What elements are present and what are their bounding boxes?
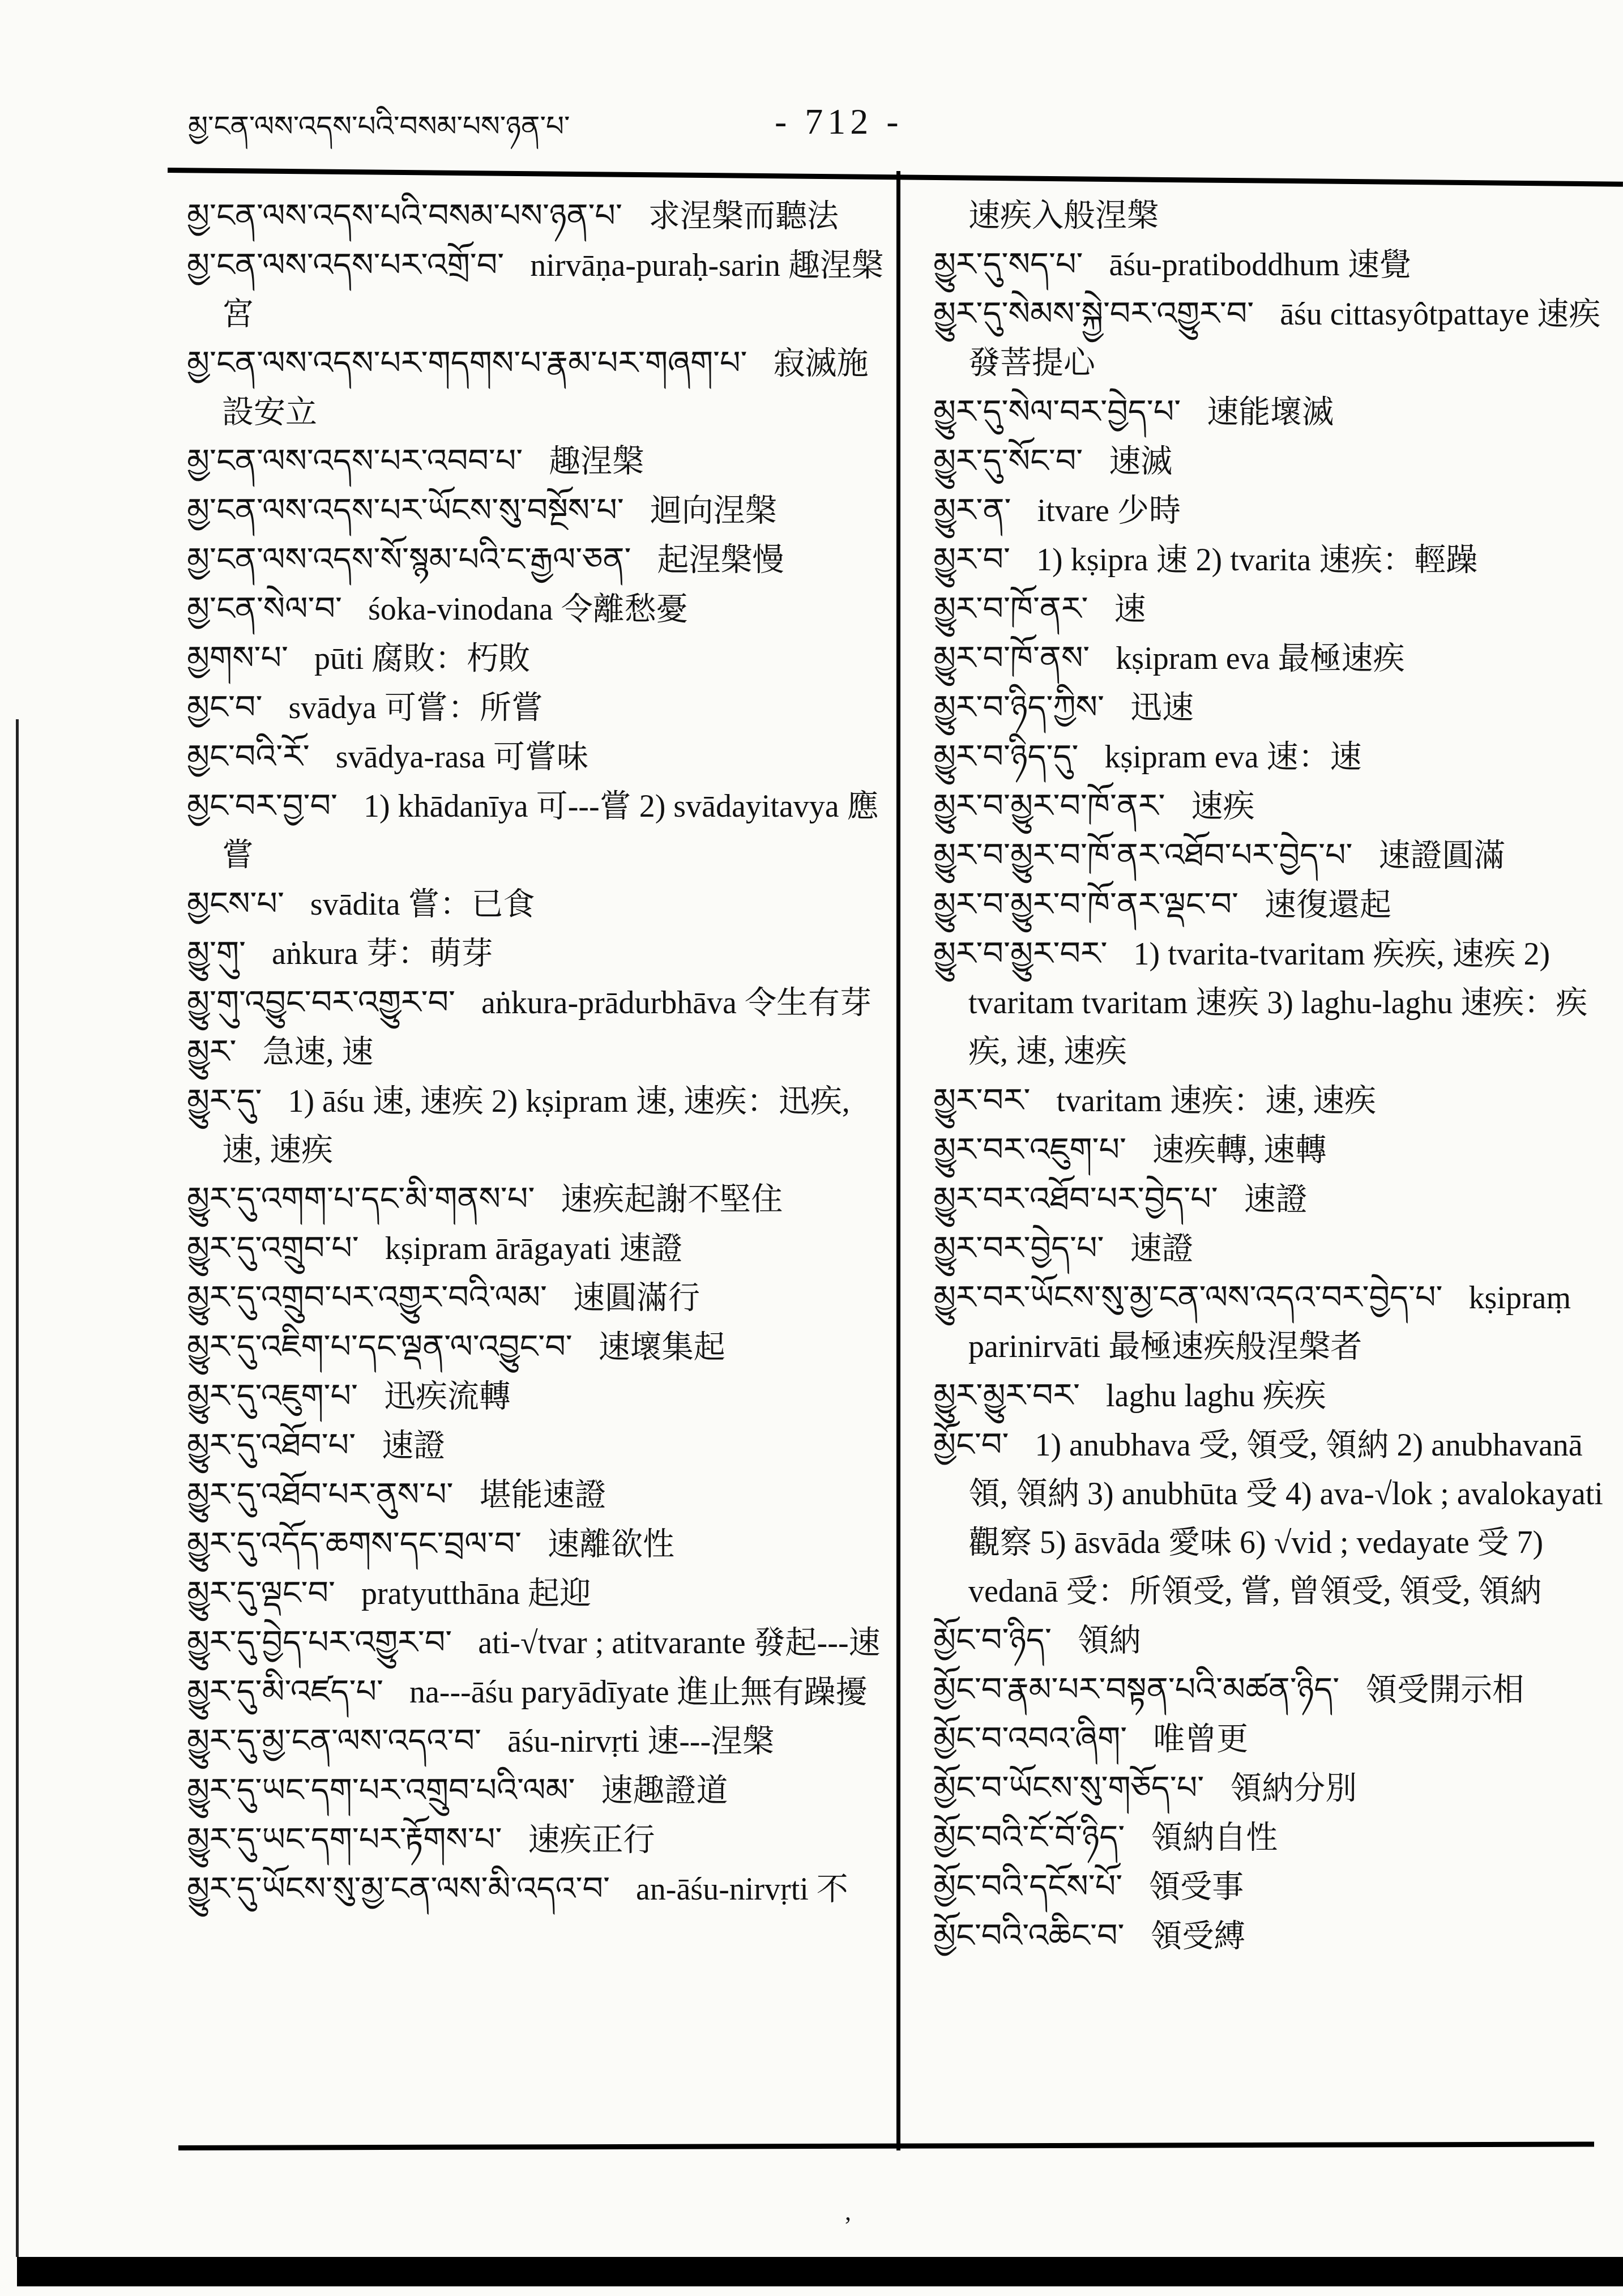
entry-gloss: āśu-pratiboddhum 速覺 xyxy=(1109,247,1411,283)
dictionary-entry: མྱོང་བ་ཡོངས་སུ་གཅོད་པ་領納分別 xyxy=(933,1764,1613,1813)
entry-gloss: 速證 xyxy=(382,1428,445,1463)
tibetan-headword: མྱངས་པ་ xyxy=(187,885,284,923)
tibetan-headword: མྱོང་བ་ཡོངས་སུ་གཅོད་པ་ xyxy=(933,1769,1204,1807)
column-divider xyxy=(896,171,900,2150)
right-column: 速疾入般涅槃མྱུར་དུ་སད་པ་āśu-pratiboddhum 速覺མྱ… xyxy=(933,191,1613,1961)
tibetan-headword: མྱུར་ན་ xyxy=(933,492,1011,529)
tibetan-headword: མྱུར་དུ་ལྡང་བ་ xyxy=(187,1574,335,1612)
tibetan-headword: མྱུར་བར་ཡོངས་སུ་མྱ་ངན་ལས་འདའ་བར་བྱེད་པ་ xyxy=(933,1279,1443,1316)
footer-rule xyxy=(178,2141,1594,2150)
running-head-tibetan: མྱ་ངན་ལས་འདས་པའི་བསམ་པས་ཉན་པ་ xyxy=(188,95,570,157)
dictionary-entry: མྱང་བ་svādya 可嘗：所嘗 xyxy=(187,683,888,732)
tibetan-headword: མྱ་ངན་ལས་འདས་པར་འབབ་པ་ xyxy=(187,442,523,480)
dictionary-entry: མྱངས་པ་svādita 嘗：已食 xyxy=(187,880,888,929)
dictionary-entry: མྱུ་གུ་aṅkura 芽：萌芽 xyxy=(187,929,888,978)
tibetan-headword: མྱུར་དུ་འགག་པ་དང་མི་གནས་པ་ xyxy=(187,1180,535,1218)
tibetan-headword: མྱགས་པ་ xyxy=(187,639,288,677)
tibetan-headword: མྱུ་གུ་འབྱུང་བར་འགྱུར་བ་ xyxy=(187,984,455,1021)
entry-gloss: 領納 xyxy=(1078,1623,1141,1658)
entry-gloss: 速滅 xyxy=(1109,444,1172,479)
entry-gloss: 速疾正行 xyxy=(528,1823,655,1858)
entry-gloss: 速趣證道 xyxy=(601,1773,728,1808)
entry-gloss: svādya-rasa 可嘗味 xyxy=(336,740,588,775)
tibetan-headword: མྱུར་དུ་སད་པ་ xyxy=(933,246,1083,283)
dictionary-entry: མྱུར་དུ་འགྲུབ་པ་kṣipram ārāgayati 速證 xyxy=(187,1224,888,1273)
tibetan-headword: མྱུར་དུ་འགྲུབ་པར་འགྱུར་བའི་ལམ་ xyxy=(187,1279,547,1316)
tibetan-headword: མྱུར་དུ་འགྲུབ་པ་ xyxy=(187,1230,359,1267)
dictionary-entry: མྱོང་བ་1) anubhava 受, 領受, 領納 2) anubhava… xyxy=(933,1420,1613,1616)
tibetan-headword: མྱུར་དུ་སེམས་སྐྱེ་བར་འགྱུར་བ་ xyxy=(933,295,1254,332)
entry-gloss: 迅疾流轉 xyxy=(384,1379,511,1414)
dictionary-entry: མྱུར་བ་མྱུར་བ་ཁོ་ནར་ལྡང་བ་速復還起 xyxy=(933,880,1613,929)
tibetan-headword: མྱུར་བ་མྱུར་བར་ xyxy=(933,935,1108,972)
entry-gloss: svādya 可嘗：所嘗 xyxy=(288,690,543,725)
tibetan-headword: མྱུར་བ་ཉིད་ཀྱིས་ xyxy=(933,689,1104,726)
dictionary-entry: མྱགས་པ་pūti 腐敗：朽敗 xyxy=(187,634,888,683)
tibetan-headword: མྱོང་བ་འབའ་ཞིག་ xyxy=(933,1720,1127,1757)
tibetan-headword: མྱུར་དུ་ཡང་དག་པར་རྟོགས་པ་ xyxy=(187,1821,502,1858)
entry-gloss: an-āśu-nirvṛti 不 xyxy=(636,1872,848,1907)
entry-gloss: 速疾入般涅槃 xyxy=(968,198,1159,233)
entry-gloss: 唯曾更 xyxy=(1153,1722,1248,1757)
dictionary-entry: མྱུར་དུ་སད་པ་āśu-pratiboddhum 速覺 xyxy=(933,240,1613,289)
tibetan-headword: མྱོང་བ་རྣམ་པར་བསྟན་པའི་མཚན་ཉིད་ xyxy=(933,1671,1339,1708)
tibetan-headword: མྱུར་བ་ xyxy=(933,541,1010,578)
dictionary-entry: མྱུར་དུ་1) āśu 速, 速疾 2) kṣipram 速, 速疾：迅疾… xyxy=(187,1077,888,1175)
tibetan-headword: མྱུར་བ་ཁོ་ནར་ xyxy=(933,590,1088,628)
tibetan-headword: མྱུར་དུ་ཡོངས་སུ་མྱ་ངན་ལས་མི་འདའ་བ་ xyxy=(187,1870,610,1907)
tibetan-headword: མྱུར་དུ་སེལ་བར་བྱེད་པ་ xyxy=(933,393,1181,430)
tibetan-headword: མྱུར་དུ་འཐོབ་པ་ xyxy=(187,1427,356,1464)
page-number: - 712 - xyxy=(775,101,903,143)
tibetan-headword: མྱུར་དུ་འདོད་ཆགས་དང་བྲལ་བ་ xyxy=(187,1525,522,1563)
dictionary-entry: མྱུར་བ་ཉིད་དུ་kṣipram eva 速：速 xyxy=(933,732,1613,782)
tibetan-headword: མྱོང་བའི་དངོས་པོ་ xyxy=(933,1868,1122,1905)
dictionary-entry: མྱུར་བ་མྱུར་བར་1) tvarita-tvaritam 疾疾, 速… xyxy=(933,929,1613,1076)
dictionary-entry: མྱུར་དུ་མི་འཛད་པ་na---āśu paryādīyate 進止… xyxy=(187,1667,888,1717)
entry-gloss: śoka-vinodana 令離愁憂 xyxy=(368,592,688,627)
entry-gloss: 領納分別 xyxy=(1230,1771,1357,1806)
dictionary-entry: མྱོང་བ་རྣམ་པར་བསྟན་པའི་མཚན་ཉིད་領受開示相 xyxy=(933,1665,1613,1714)
dictionary-entry: མྱུར་དུ་འགག་པ་དང་མི་གནས་པ་速疾起謝不堅住 xyxy=(187,1175,888,1224)
tibetan-headword: མྱ་ངན་ལས་འདས་པར་འགྲོ་བ་ xyxy=(187,246,504,284)
tibetan-headword: མྱུར་དུ་མྱ་ངན་ལས་འདའ་བ་ xyxy=(187,1722,481,1760)
entry-gloss: āśu-nirvṛti 速---涅槃 xyxy=(507,1724,774,1759)
dictionary-entry: མྱུར་བ་མྱུར་བ་ཁོ་ནར་速疾 xyxy=(933,782,1613,831)
tibetan-headword: མྱུར་བ་མྱུར་བ་ཁོ་ནར་ལྡང་བ་ xyxy=(933,886,1238,923)
tibetan-headword: མྱ་ངན་སེལ་བ་ xyxy=(187,590,342,628)
entry-gloss: 速疾轉, 速轉 xyxy=(1152,1133,1327,1168)
entry-gloss: aṅkura-prādurbhāva 令生有芽 xyxy=(481,985,872,1021)
tibetan-headword: མྱུར་བར་འཐོབ་པར་བྱེད་པ་ xyxy=(933,1180,1218,1218)
entry-gloss: 速 xyxy=(1114,592,1146,627)
tibetan-headword: མྱང་བའི་རོ་ xyxy=(187,738,310,775)
tibetan-headword: མྱང་བར་བྱ་བ་ xyxy=(187,787,338,825)
dictionary-entry: མྱོང་བའི་ངོ་བོ་ཉིད་領納自性 xyxy=(933,1813,1613,1862)
dictionary-entry: མྱོང་བ་ཉིད་領納 xyxy=(933,1616,1613,1665)
tibetan-headword: མྱོང་བའི་ངོ་བོ་ཉིད་ xyxy=(933,1819,1125,1856)
entry-gloss: 1) kṣipra 速 2) tvarita 速疾：輕躁 xyxy=(1036,543,1477,578)
header-rule xyxy=(168,168,1623,187)
entry-gloss: ati-√tvar ; atitvarante 發起---速 xyxy=(478,1625,880,1661)
tibetan-headword: མྱུར་བར་ xyxy=(933,1082,1031,1119)
dictionary-entry: མྱ་ངན་ལས་འདས་པར་འབབ་པ་趣涅槃 xyxy=(187,437,888,486)
tibetan-headword: མྱུར་ xyxy=(187,1033,237,1070)
dictionary-entry: མྱུར་དུ་ཡང་དག་པར་རྟོགས་པ་速疾正行 xyxy=(187,1815,888,1864)
tibetan-headword: མྱུ་གུ་ xyxy=(187,934,246,972)
scan-edge-left xyxy=(16,719,19,2257)
tibetan-headword: མྱོང་བ་ཉིད་ xyxy=(933,1621,1052,1659)
dictionary-entry: མྱ་ངན་ལས་འདས་སོ་སྙམ་པའི་ང་རྒྱལ་ཅན་起涅槃慢 xyxy=(187,535,888,584)
tibetan-headword: མྱོང་བ་ xyxy=(933,1426,1009,1463)
tibetan-headword: མྱོང་བའི་འཆིང་བ་ xyxy=(933,1917,1124,1954)
scan-edge-bottom xyxy=(17,2257,1623,2286)
entry-gloss: 速圓滿行 xyxy=(573,1281,700,1316)
tibetan-headword: མྱུར་དུ་ xyxy=(187,1082,262,1120)
entry-gloss: aṅkura 芽：萌芽 xyxy=(272,936,493,971)
entry-gloss: 領受縛 xyxy=(1150,1919,1245,1954)
dictionary-entry: མྱུར་དུ་ཡང་དག་པར་འགྲུབ་པའི་ལམ་速趣證道 xyxy=(187,1766,888,1815)
dictionary-entry: མྱུར་དུ་འཐོབ་པ་速證 xyxy=(187,1421,888,1470)
entry-gloss: kṣipram eva 速：速 xyxy=(1104,740,1361,775)
entry-gloss: 求涅槃而聽法 xyxy=(648,199,839,234)
dictionary-entry: མྱུར་བར་བྱེད་པ་速證 xyxy=(933,1224,1613,1273)
dictionary-entry: མྱུར་དུ་བྱེད་པར་འགྱུར་བ་ati-√tvar ; atit… xyxy=(187,1618,888,1667)
entry-gloss: 趣涅槃 xyxy=(549,444,644,479)
entry-gloss: laghu laghu 疾疾 xyxy=(1106,1379,1326,1414)
entry-gloss: 速證 xyxy=(1244,1182,1308,1217)
dictionary-entry: མྱུར་དུ་ཡོངས་སུ་མྱ་ངན་ལས་མི་འདའ་བ་an-āśu… xyxy=(187,1864,888,1914)
tibetan-headword: མྱུར་དུ་བྱེད་པར་འགྱུར་བ་ xyxy=(187,1624,452,1661)
entry-gloss: pūti 腐敗：朽敗 xyxy=(314,641,530,676)
dictionary-entry: མྱུར་བ་ཁོ་ནར་速 xyxy=(933,584,1613,634)
entry-gloss: 速證圓滿 xyxy=(1379,838,1506,873)
entry-gloss: 迴向涅槃 xyxy=(650,493,777,528)
entry-gloss: 領受開示相 xyxy=(1365,1672,1524,1708)
dictionary-entry: མྱུར་དུ་སོང་བ་速滅 xyxy=(933,437,1613,486)
stray-mark: , xyxy=(845,2197,851,2226)
tibetan-headword: མྱུར་དུ་འཇུག་པ་ xyxy=(187,1377,358,1415)
dictionary-entry: མྱུར་急速, 速 xyxy=(187,1027,888,1077)
tibetan-headword: མྱུར་བར་འཇུག་པ་ xyxy=(933,1131,1126,1168)
dictionary-entry: མྱུར་དུ་འཇུག་པ་迅疾流轉 xyxy=(187,1372,888,1421)
dictionary-entry: མྱོང་བའི་འཆིང་བ་領受縛 xyxy=(933,1911,1613,1961)
entry-gloss: svādita 嘗：已食 xyxy=(310,887,535,922)
dictionary-entry: མྱུར་བ་ཉིད་ཀྱིས་迅速 xyxy=(933,683,1613,732)
dictionary-entry: མྱུར་བ་1) kṣipra 速 2) tvarita 速疾：輕躁 xyxy=(933,535,1613,584)
tibetan-headword: མྱུར་དུ་སོང་བ་ xyxy=(933,442,1083,480)
tibetan-headword: མྱུར་བ་ཁོ་ནས་ xyxy=(933,639,1090,677)
entry-gloss: pratyutthāna 起迎 xyxy=(361,1576,591,1611)
tibetan-headword: མྱ་ངན་ལས་འདས་སོ་སྙམ་པའི་ང་རྒྱལ་ཅན་ xyxy=(187,541,631,578)
dictionary-entry: མྱུར་བར་ཡོངས་སུ་མྱ་ངན་ལས་འདའ་བར་བྱེད་པ་k… xyxy=(933,1273,1613,1371)
entry-gloss: itvare 少時 xyxy=(1037,493,1180,528)
tibetan-headword: མྱུར་བ་མྱུར་བ་ཁོ་ནར་ xyxy=(933,787,1165,825)
entry-gloss: 速復還起 xyxy=(1265,887,1391,923)
entry-gloss: 起涅槃慢 xyxy=(657,543,784,578)
tibetan-headword: མྱུར་དུ་ཡང་དག་པར་འགྲུབ་པའི་ལམ་ xyxy=(187,1772,575,1809)
tibetan-headword: མྱ་ངན་ལས་འདས་པའི་བསམ་པས་ཉན་པ་ xyxy=(187,197,622,234)
entry-gloss: kṣipram ārāgayati 速證 xyxy=(385,1231,683,1266)
entry-gloss: kṣipram eva 最極速疾 xyxy=(1116,641,1404,676)
dictionary-entry: མྱུར་དུ་ལྡང་བ་pratyutthāna 起迎 xyxy=(187,1569,888,1618)
dictionary-entry: མྱུར་དུ་སེམས་སྐྱེ་བར་འགྱུར་བ་āśu cittasy… xyxy=(933,289,1613,387)
entry-gloss: 1) āśu 速, 速疾 2) kṣipram 速, 速疾：迅疾, 速, 速疾 xyxy=(222,1084,850,1168)
dictionary-entry: མྱུར་བར་འཐོབ་པར་བྱེད་པ་速證 xyxy=(933,1175,1613,1224)
dictionary-entry: མྱུར་ན་itvare 少時 xyxy=(933,486,1613,535)
entry-gloss: na---āśu paryādīyate 進止無有躁擾 xyxy=(409,1675,868,1710)
dictionary-entry: མྱུར་བར་tvaritam 速疾：速, 速疾 xyxy=(933,1076,1613,1125)
dictionary-entry: མྱུར་དུ་འཐོབ་པར་ནུས་པ་堪能速證 xyxy=(187,1470,888,1520)
entry-gloss: 1) anubhava 受, 領受, 領納 2) anubhavanā 領, 領… xyxy=(968,1428,1603,1609)
dictionary-entry: མྱང་བའི་རོ་svādya-rasa 可嘗味 xyxy=(187,732,888,782)
entry-gloss: 速證 xyxy=(1130,1231,1194,1266)
entry-gloss: 速疾起謝不堅住 xyxy=(561,1182,783,1217)
dictionary-entry: མྱ་ངན་ལས་འདས་པར་འགྲོ་བ་nirvāṇa-puraḥ-sar… xyxy=(187,241,888,339)
dictionary-entry: མྱ་ངན་ལས་འདས་པའི་བསམ་པས་ཉན་པ་求涅槃而聽法 xyxy=(187,191,888,241)
tibetan-headword: མྱུར་བ་ཉིད་དུ་ xyxy=(933,738,1078,775)
tibetan-headword: མྱུར་མྱུར་བར་ xyxy=(933,1377,1080,1414)
entry-gloss: 速離欲性 xyxy=(548,1527,674,1562)
dictionary-entry: མྱུར་དུ་སེལ་བར་བྱེད་པ་速能壞滅 xyxy=(933,387,1613,437)
dictionary-entry: མྱུར་མྱུར་བར་laghu laghu 疾疾 xyxy=(933,1371,1613,1420)
dictionary-entry: མྱ་ངན་ལས་འདས་པར་གདགས་པ་རྣམ་པར་གཞག་པ་寂滅施設… xyxy=(187,339,888,437)
tibetan-headword: མྱུར་དུ་འཇིག་པ་དང་ལྡན་ལ་འབྱུང་བ་ xyxy=(187,1328,573,1365)
tibetan-headword: མྱུར་དུ་འཐོབ་པར་ནུས་པ་ xyxy=(187,1476,454,1513)
tibetan-headword: མྱུར་བར་བྱེད་པ་ xyxy=(933,1230,1104,1267)
dictionary-entry: མྱུར་བ་མྱུར་བ་ཁོ་ནར་འཐོབ་པར་བྱེད་པ་速證圓滿 xyxy=(933,831,1613,880)
dictionary-entry: མྱུར་བ་ཁོ་ནས་kṣipram eva 最極速疾 xyxy=(933,634,1613,683)
tibetan-headword: མྱུར་དུ་མི་འཛད་པ་ xyxy=(187,1673,383,1710)
entry-gloss: 領納自性 xyxy=(1151,1820,1278,1855)
dictionary-entry: མྱུར་དུ་མྱ་ངན་ལས་འདའ་བ་āśu-nirvṛti 速---涅… xyxy=(187,1717,888,1766)
tibetan-headword: མྱ་ངན་ལས་འདས་པར་ཡོངས་སུ་བསྔོས་པ་ xyxy=(187,492,624,529)
dictionary-entry: མྱུ་གུ་འབྱུང་བར་འགྱུར་བ་aṅkura-prādurbhā… xyxy=(187,978,888,1027)
dictionary-entry: མྱང་བར་བྱ་བ་1) khādanīya 可---嘗 2) svāday… xyxy=(187,782,888,880)
entry-gloss: 迅速 xyxy=(1130,690,1194,725)
entry-gloss: 領受事 xyxy=(1148,1870,1244,1905)
dictionary-entry: མྱུར་དུ་འཇིག་པ་དང་ལྡན་ལ་འབྱུང་བ་速壞集起 xyxy=(187,1322,888,1372)
dictionary-entry: མྱོང་བ་འབའ་ཞིག་唯曾更 xyxy=(933,1714,1613,1764)
dictionary-entry: མྱོང་བའི་དངོས་པོ་領受事 xyxy=(933,1862,1613,1911)
tibetan-headword: མྱུར་བ་མྱུར་བ་ཁོ་ནར་འཐོབ་པར་བྱེད་པ་ xyxy=(933,837,1353,874)
entry-gloss: 堪能速證 xyxy=(480,1478,607,1513)
entry-gloss: tvaritam 速疾：速, 速疾 xyxy=(1057,1083,1377,1119)
dictionary-entry: 速疾入般涅槃 xyxy=(933,191,1613,240)
entry-gloss: 速能壞滅 xyxy=(1207,395,1334,430)
dictionary-entry: མྱ་ངན་སེལ་བ་śoka-vinodana 令離愁憂 xyxy=(187,584,888,634)
tibetan-headword: མྱང་བ་ xyxy=(187,689,262,726)
entry-gloss: 速壞集起 xyxy=(599,1330,725,1365)
dictionary-entry: མྱུར་དུ་འདོད་ཆགས་དང་བྲལ་བ་速離欲性 xyxy=(187,1520,888,1569)
left-column: མྱ་ངན་ལས་འདས་པའི་བསམ་པས་ཉན་པ་求涅槃而聽法མྱ་ངན… xyxy=(187,191,888,1914)
dictionary-page: མྱ་ངན་ལས་འདས་པའི་བསམ་པས་ཉན་པ་ - 712 - , … xyxy=(0,0,1623,2296)
dictionary-entry: མྱུར་དུ་འགྲུབ་པར་འགྱུར་བའི་ལམ་速圓滿行 xyxy=(187,1273,888,1322)
dictionary-entry: མྱུར་བར་འཇུག་པ་速疾轉, 速轉 xyxy=(933,1125,1613,1175)
entry-gloss: 急速, 速 xyxy=(263,1035,374,1070)
tibetan-headword: མྱ་ངན་ལས་འདས་པར་གདགས་པ་རྣམ་པར་གཞག་པ་ xyxy=(187,344,748,382)
dictionary-entry: མྱ་ངན་ལས་འདས་པར་ཡོངས་སུ་བསྔོས་པ་迴向涅槃 xyxy=(187,486,888,535)
entry-gloss: 速疾 xyxy=(1191,789,1254,824)
